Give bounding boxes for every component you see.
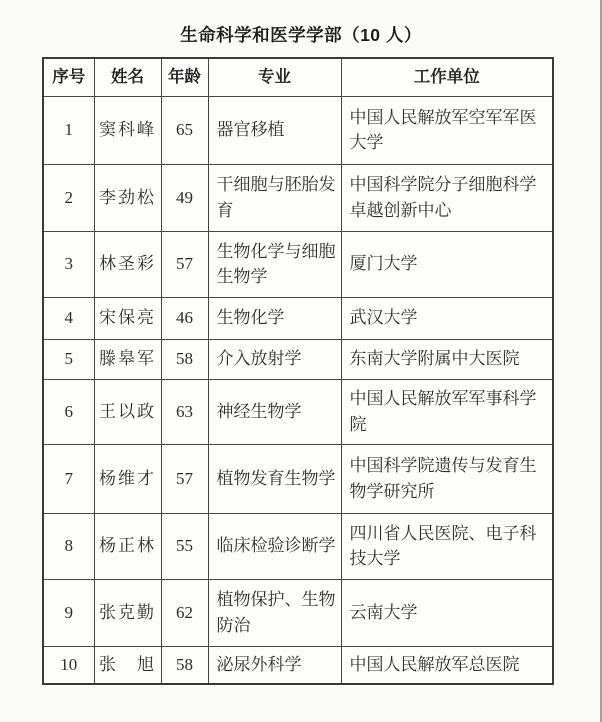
cell-unit: 中国人民解放军空军军医大学 (341, 96, 553, 164)
table-row: 3林圣彩57生物化学与细胞生物学厦门大学 (43, 231, 553, 297)
cell-name: 滕皋军 (94, 339, 161, 379)
cell-major: 生物化学与细胞生物学 (208, 231, 341, 297)
cell-no: 10 (43, 646, 94, 684)
column-header-major: 专业 (208, 58, 341, 96)
cell-unit: 厦门大学 (341, 231, 553, 297)
table-row: 9张克勤62植物保护、生物防治云南大学 (43, 579, 553, 646)
cell-no: 1 (43, 96, 94, 164)
cell-unit: 云南大学 (341, 579, 553, 646)
cell-age: 63 (161, 379, 208, 444)
cell-name: 林圣彩 (94, 231, 161, 297)
cell-unit: 中国科学院遗传与发育生物学研究所 (341, 444, 553, 513)
cell-no: 2 (43, 164, 94, 231)
cell-unit: 中国人民解放军总医院 (341, 646, 553, 684)
cell-name: 王以政 (94, 379, 161, 444)
table-body: 1窦科峰65器官移植中国人民解放军空军军医大学2李劲松49干细胞与胚胎发育中国科… (43, 96, 553, 684)
cell-unit: 四川省人民医院、电子科技大学 (341, 513, 553, 579)
table-row: 6王以政63神经生物学中国人民解放军军事科学院 (43, 379, 553, 444)
column-header-no: 序号 (43, 58, 94, 96)
cell-major: 临床检验诊断学 (208, 513, 341, 579)
cell-major: 器官移植 (208, 96, 341, 164)
academician-table: 序号 姓名 年龄 专业 工作单位 1窦科峰65器官移植中国人民解放军空军军医大学… (42, 57, 554, 685)
cell-age: 57 (161, 231, 208, 297)
cell-age: 58 (161, 339, 208, 379)
column-header-name: 姓名 (94, 58, 161, 96)
cell-unit: 东南大学附属中大医院 (341, 339, 553, 379)
cell-age: 58 (161, 646, 208, 684)
cell-no: 7 (43, 444, 94, 513)
cell-age: 46 (161, 297, 208, 339)
cell-name: 窦科峰 (94, 96, 161, 164)
page-title: 生命科学和医学学部（10 人） (0, 22, 602, 47)
cell-major: 植物保护、生物防治 (208, 579, 341, 646)
cell-major: 生物化学 (208, 297, 341, 339)
cell-major: 泌尿外科学 (208, 646, 341, 684)
cell-major: 干细胞与胚胎发育 (208, 164, 341, 231)
table-row: 10张 旭58泌尿外科学中国人民解放军总医院 (43, 646, 553, 684)
cell-unit: 武汉大学 (341, 297, 553, 339)
cell-no: 5 (43, 339, 94, 379)
table-row: 2李劲松49干细胞与胚胎发育中国科学院分子细胞科学卓越创新中心 (43, 164, 553, 231)
cell-no: 6 (43, 379, 94, 444)
cell-name: 宋保亮 (94, 297, 161, 339)
cell-no: 3 (43, 231, 94, 297)
cell-no: 9 (43, 579, 94, 646)
cell-name: 张 旭 (94, 646, 161, 684)
cell-unit: 中国人民解放军军事科学院 (341, 379, 553, 444)
table-row: 7杨维才57植物发育生物学中国科学院遗传与发育生物学研究所 (43, 444, 553, 513)
table-header-row: 序号 姓名 年龄 专业 工作单位 (43, 58, 553, 96)
cell-age: 49 (161, 164, 208, 231)
table-row: 8杨正林55临床检验诊断学四川省人民医院、电子科技大学 (43, 513, 553, 579)
column-header-age: 年龄 (161, 58, 208, 96)
cell-name: 杨维才 (94, 444, 161, 513)
cell-name: 李劲松 (94, 164, 161, 231)
cell-major: 神经生物学 (208, 379, 341, 444)
cell-no: 4 (43, 297, 94, 339)
cell-name: 张克勤 (94, 579, 161, 646)
cell-age: 57 (161, 444, 208, 513)
column-header-unit: 工作单位 (341, 58, 553, 96)
table-row: 5滕皋军58介入放射学东南大学附属中大医院 (43, 339, 553, 379)
cell-age: 55 (161, 513, 208, 579)
cell-unit: 中国科学院分子细胞科学卓越创新中心 (341, 164, 553, 231)
cell-name: 杨正林 (94, 513, 161, 579)
table-row: 4宋保亮46生物化学武汉大学 (43, 297, 553, 339)
cell-no: 8 (43, 513, 94, 579)
cell-age: 62 (161, 579, 208, 646)
cell-major: 植物发育生物学 (208, 444, 341, 513)
cell-major: 介入放射学 (208, 339, 341, 379)
cell-age: 65 (161, 96, 208, 164)
table-row: 1窦科峰65器官移植中国人民解放军空军军医大学 (43, 96, 553, 164)
